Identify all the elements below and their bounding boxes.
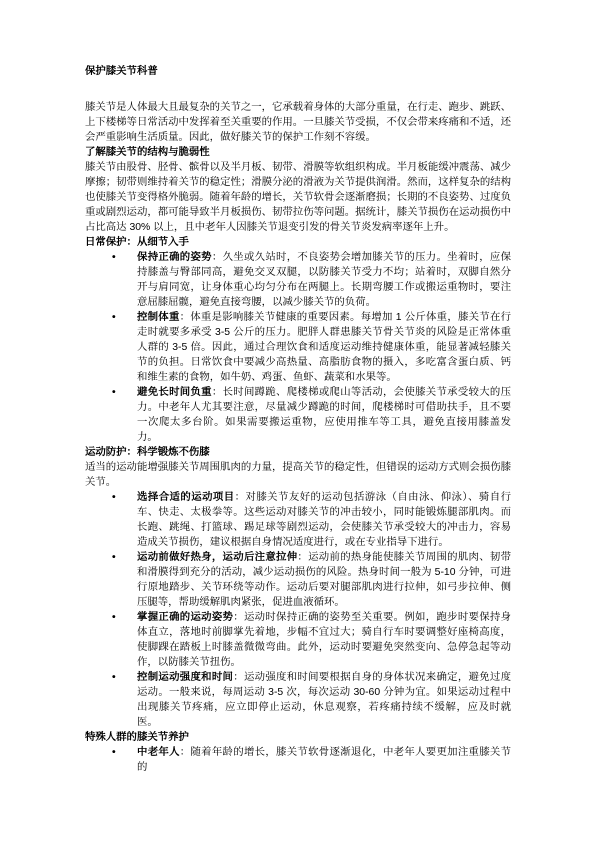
bullet-icon: • [112,610,116,625]
intro-paragraph: 膝关节是人体最大且最复杂的关节之一，它承载着身体的大部分重量，在行走、跑步、跳跃… [85,100,511,145]
section-heading-sports-protection: 运动防护：科学锻炼不伤膝 [85,445,511,460]
sports-protection-list: •选择合适的运动项目：对膝关节友好的运动包括游泳（自由泳、仰泳）、骑自行车、快走… [85,490,511,730]
list-item-middle-aged-elderly: •中老年人：随着年龄的增长，膝关节软骨逐渐退化，中老年人要更加注重膝关节的 [85,745,511,775]
list-item-posture: •保持正确的姿势：久坐或久站时，不良姿势会增加膝关节的压力。坐着时，应保持膝盖与… [85,250,511,310]
section-body-sports-protection: 适当的运动能增强膝关节周围肌肉的力量，提高关节的稳定性，但错误的运动方式则会损伤… [85,460,511,490]
document-page: 保护膝关节科普 膝关节是人体最大且最复杂的关节之一，它承载着身体的大部分重量，在… [0,0,595,841]
bullet-icon: • [112,550,116,565]
section-heading-special-groups: 特殊人群的膝关节养护 [85,730,511,745]
list-item-avoid-load: •避免长时间负重：长时间蹲跪、爬楼梯或爬山等活动，会使膝关节承受较大的压力。中老… [85,385,511,445]
bullet-icon: • [112,385,116,400]
list-item-label: 中老年人 [137,747,180,758]
list-item-intensity-time: •控制运动强度和时间：运动强度和时间要根据自身的身体状况来确定，避免过度运动。一… [85,670,511,730]
list-item-label: 掌握正确的运动姿势 [137,612,233,623]
document-title: 保护膝关节科普 [85,64,511,79]
bullet-icon: • [112,745,116,760]
list-item-label: 避免长时间负重 [137,387,212,398]
special-groups-list: •中老年人：随着年龄的增长，膝关节软骨逐渐退化，中老年人要更加注重膝关节的 [85,745,511,775]
section-heading-daily-protection: 日常保护：从细节入手 [85,235,511,250]
list-item-choose-sports: •选择合适的运动项目：对膝关节友好的运动包括游泳（自由泳、仰泳）、骑自行车、快走… [85,490,511,550]
list-item-correct-form: •掌握正确的运动姿势：运动时保持正确的姿势至关重要。例如，跑步时要保持身体直立，… [85,610,511,670]
daily-protection-list: •保持正确的姿势：久坐或久站时，不良姿势会增加膝关节的压力。坐着时，应保持膝盖与… [85,250,511,445]
bullet-icon: • [112,310,116,325]
bullet-icon: • [112,490,116,505]
list-item-label: 控制运动强度和时间 [137,672,233,683]
section-body-structure: 膝关节由股骨、胫骨、髌骨以及半月板、韧带、滑膜等软组织构成。半月板能缓冲震荡、减… [85,160,511,235]
list-item-label: 选择合适的运动项目 [137,492,235,503]
list-item-label: 保持正确的姿势 [137,252,212,263]
list-item-label: 控制体重 [137,312,180,323]
section-heading-structure: 了解膝关节的结构与脆弱性 [85,145,511,160]
list-item-text: ：随着年龄的增长，膝关节软骨逐渐退化，中老年人要更加注重膝关节的 [137,747,511,773]
bullet-icon: • [112,250,116,265]
bullet-icon: • [112,670,116,685]
list-item-weight-control: •控制体重：体重是影响膝关节健康的重要因素。每增加 1 公斤体重，膝关节在行走时… [85,310,511,385]
list-item-text: ：体重是影响膝关节健康的重要因素。每增加 1 公斤体重，膝关节在行走时就要多承受… [137,312,511,383]
list-item-label: 运动前做好热身，运动后注意拉伸 [137,552,297,563]
list-item-warmup-stretch: •运动前做好热身，运动后注意拉伸：运动前的热身能使膝关节周围的肌肉、韧带和滑膜得… [85,550,511,610]
